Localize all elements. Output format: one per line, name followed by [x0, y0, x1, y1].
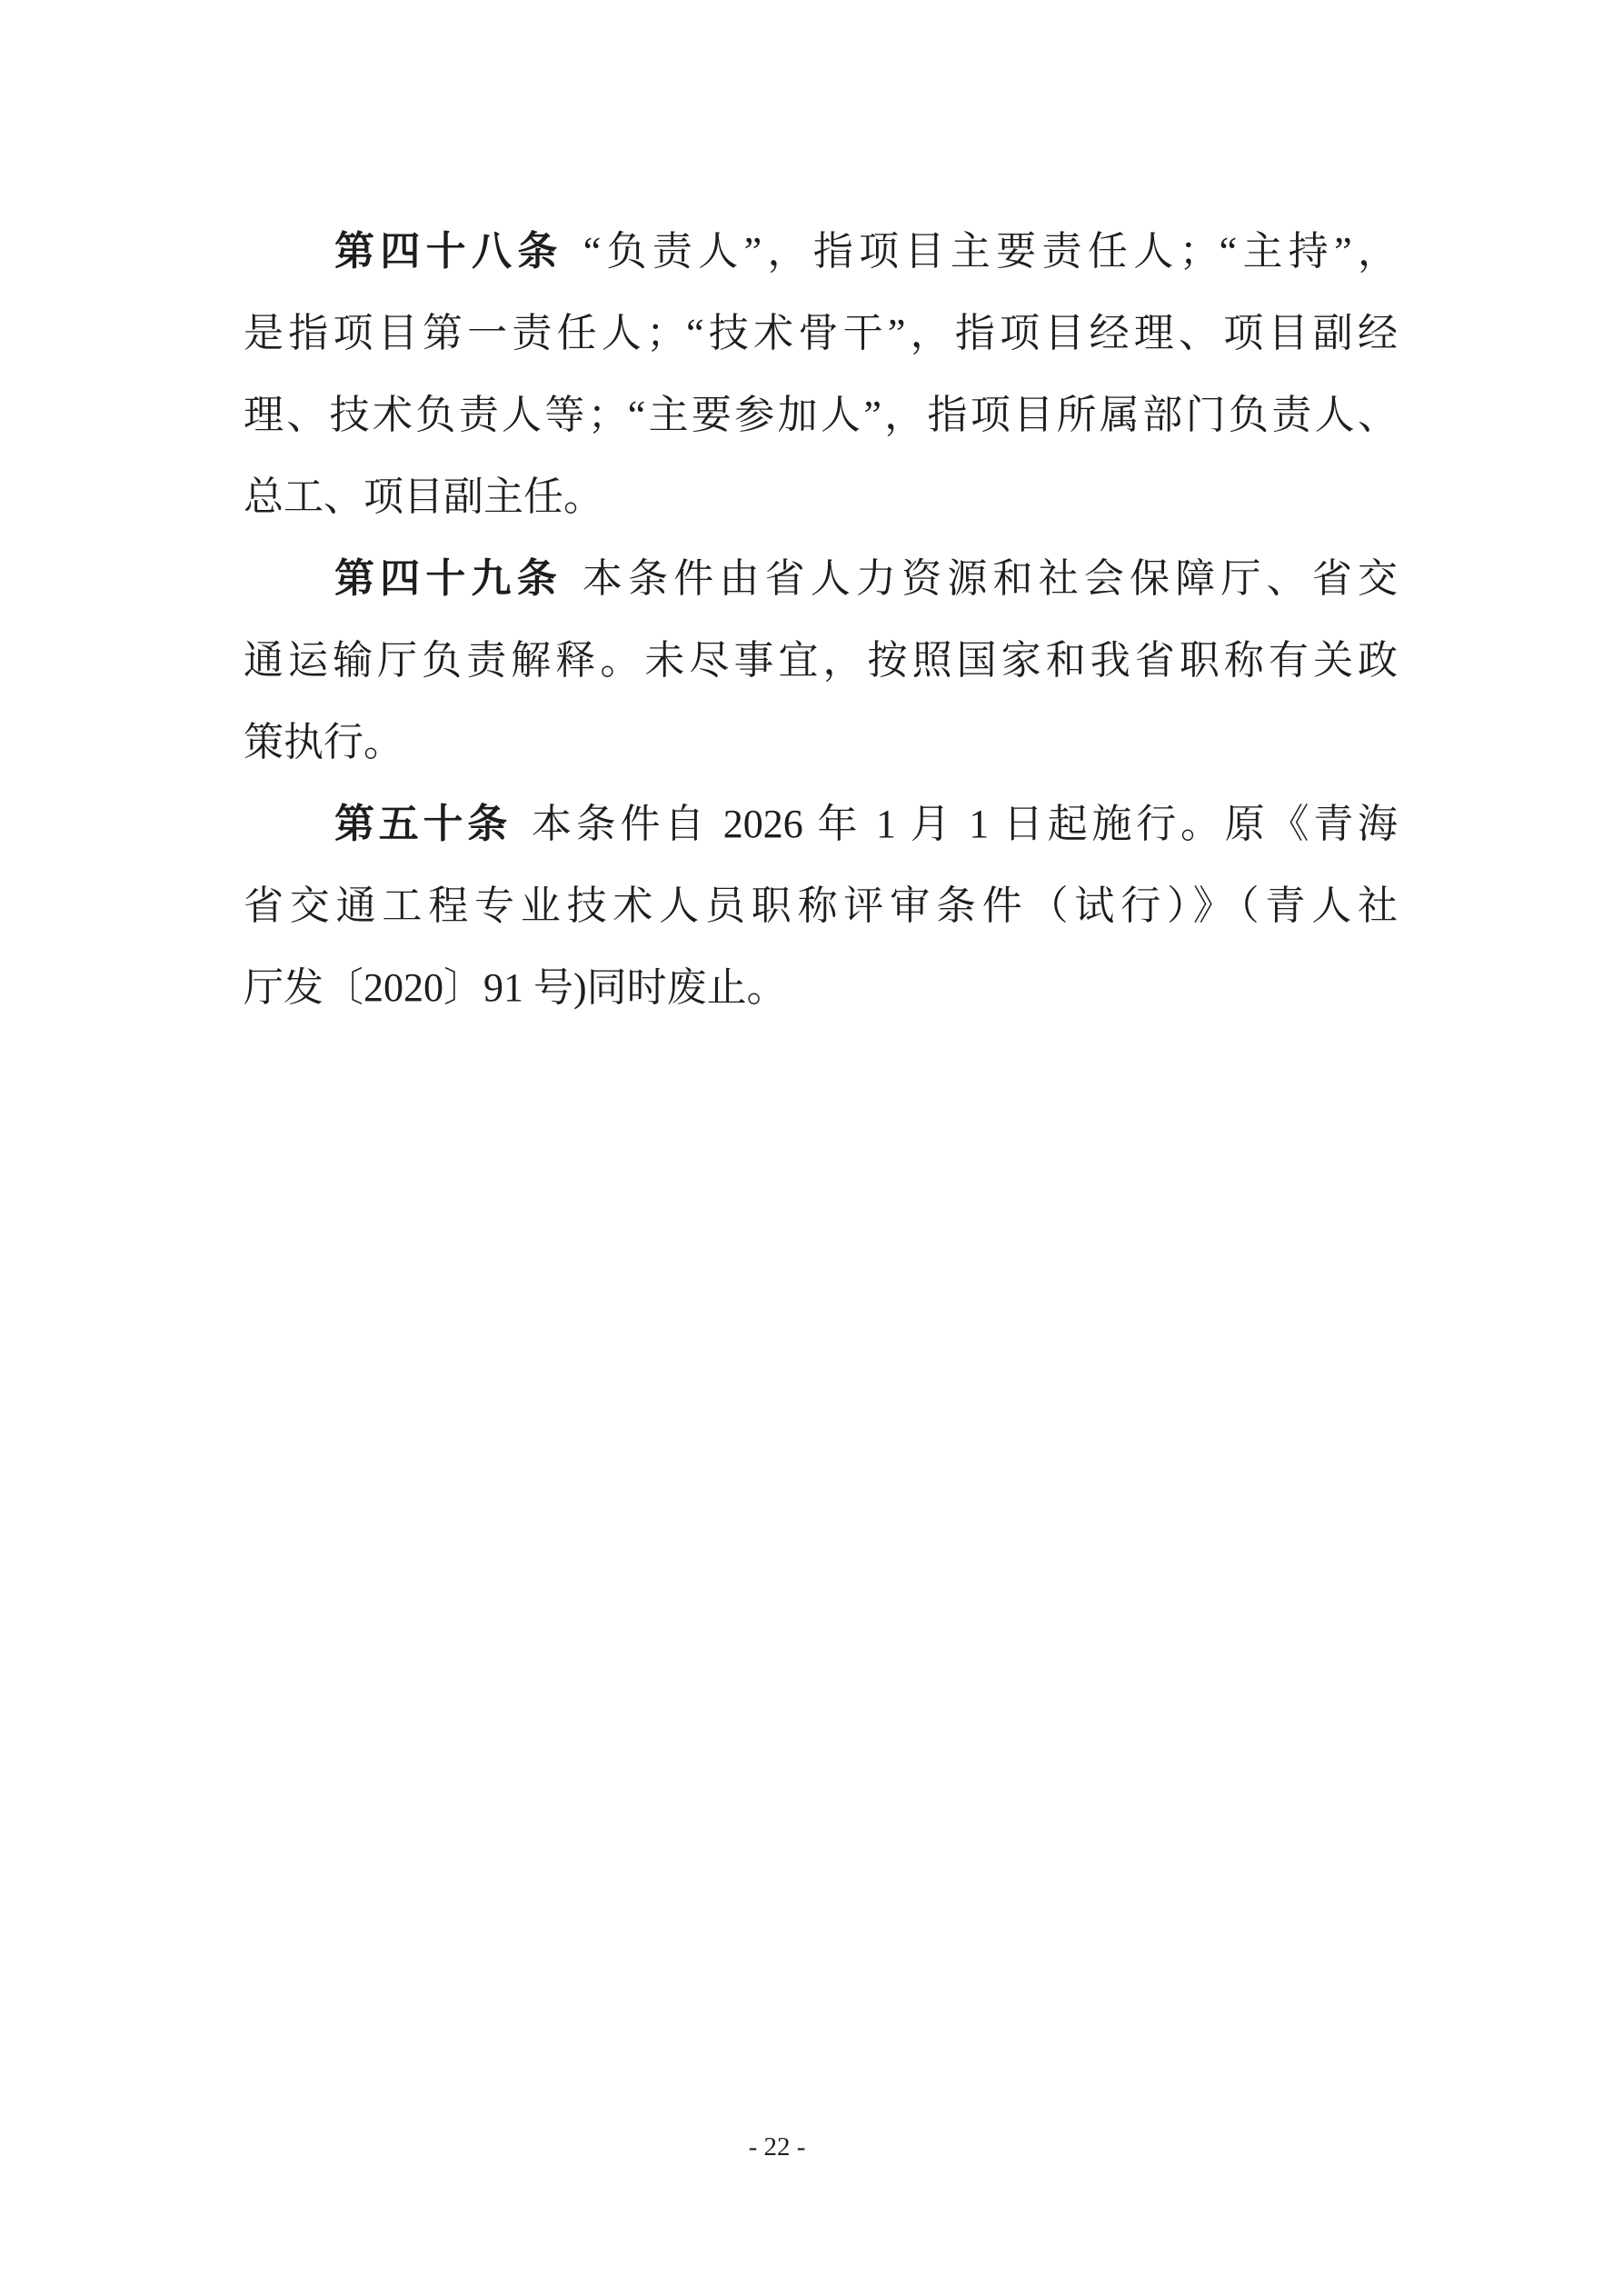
paragraph-line: 策执行。 — [244, 702, 1398, 784]
line-text: 通运输厅负责解释。未尽事宜，按照国家和我省职称有关政 — [244, 638, 1398, 683]
line-text: 省交通工程专业技术人员职称评审条件（试行）》（青人社 — [244, 883, 1398, 928]
paragraph-line: 理、技术负责人等；“主要参加人”，指项目所属部门负责人、 — [244, 374, 1398, 456]
document-page: 第四十八条“负责人”，指项目主要责任人；“主持”， 是指项目第一责任人；“技术骨… — [0, 0, 1623, 2296]
paragraph-line: 通运输厅负责解释。未尽事宜，按照国家和我省职称有关政 — [244, 620, 1398, 702]
paragraph-line: 厅发〔2020〕91 号)同时废止。 — [244, 947, 1398, 1029]
line-text: “负责人”，指项目主要责任人；“主持”， — [583, 229, 1398, 274]
article-48-heading: 第四十八条 — [334, 229, 563, 274]
line-text: 是指项目第一责任人；“技术骨干”，指项目经理、项目副经 — [244, 311, 1398, 355]
paragraph-line: 第四十九条本条件由省人力资源和社会保障厅、省交 — [244, 538, 1398, 620]
line-text: 本条件自 2026 年 1 月 1 日起施行。原《青海 — [532, 802, 1398, 846]
document-body: 第四十八条“负责人”，指项目主要责任人；“主持”， 是指项目第一责任人；“技术骨… — [244, 211, 1398, 1029]
article-49-heading: 第四十九条 — [334, 556, 563, 601]
line-text: 厅发〔2020〕91 号)同时废止。 — [244, 965, 787, 1010]
article-50-heading: 第五十条 — [334, 802, 512, 846]
paragraph-line: 第五十条本条件自 2026 年 1 月 1 日起施行。原《青海 — [244, 784, 1398, 865]
page-number: - 22 - — [0, 2131, 1588, 2163]
paragraph-line: 是指项目第一责任人；“技术骨干”，指项目经理、项目副经 — [244, 293, 1398, 374]
paragraph-line: 总工、项目副主任。 — [244, 456, 1398, 538]
paragraph-line: 第四十八条“负责人”，指项目主要责任人；“主持”， — [244, 211, 1398, 293]
line-text: 本条件由省人力资源和社会保障厅、省交 — [582, 556, 1398, 601]
line-text: 总工、项目副主任。 — [244, 474, 603, 519]
paragraph-line: 省交通工程专业技术人员职称评审条件（试行）》（青人社 — [244, 865, 1398, 947]
line-text: 策执行。 — [244, 720, 403, 764]
line-text: 理、技术负责人等；“主要参加人”，指项目所属部门负责人、 — [244, 393, 1398, 437]
